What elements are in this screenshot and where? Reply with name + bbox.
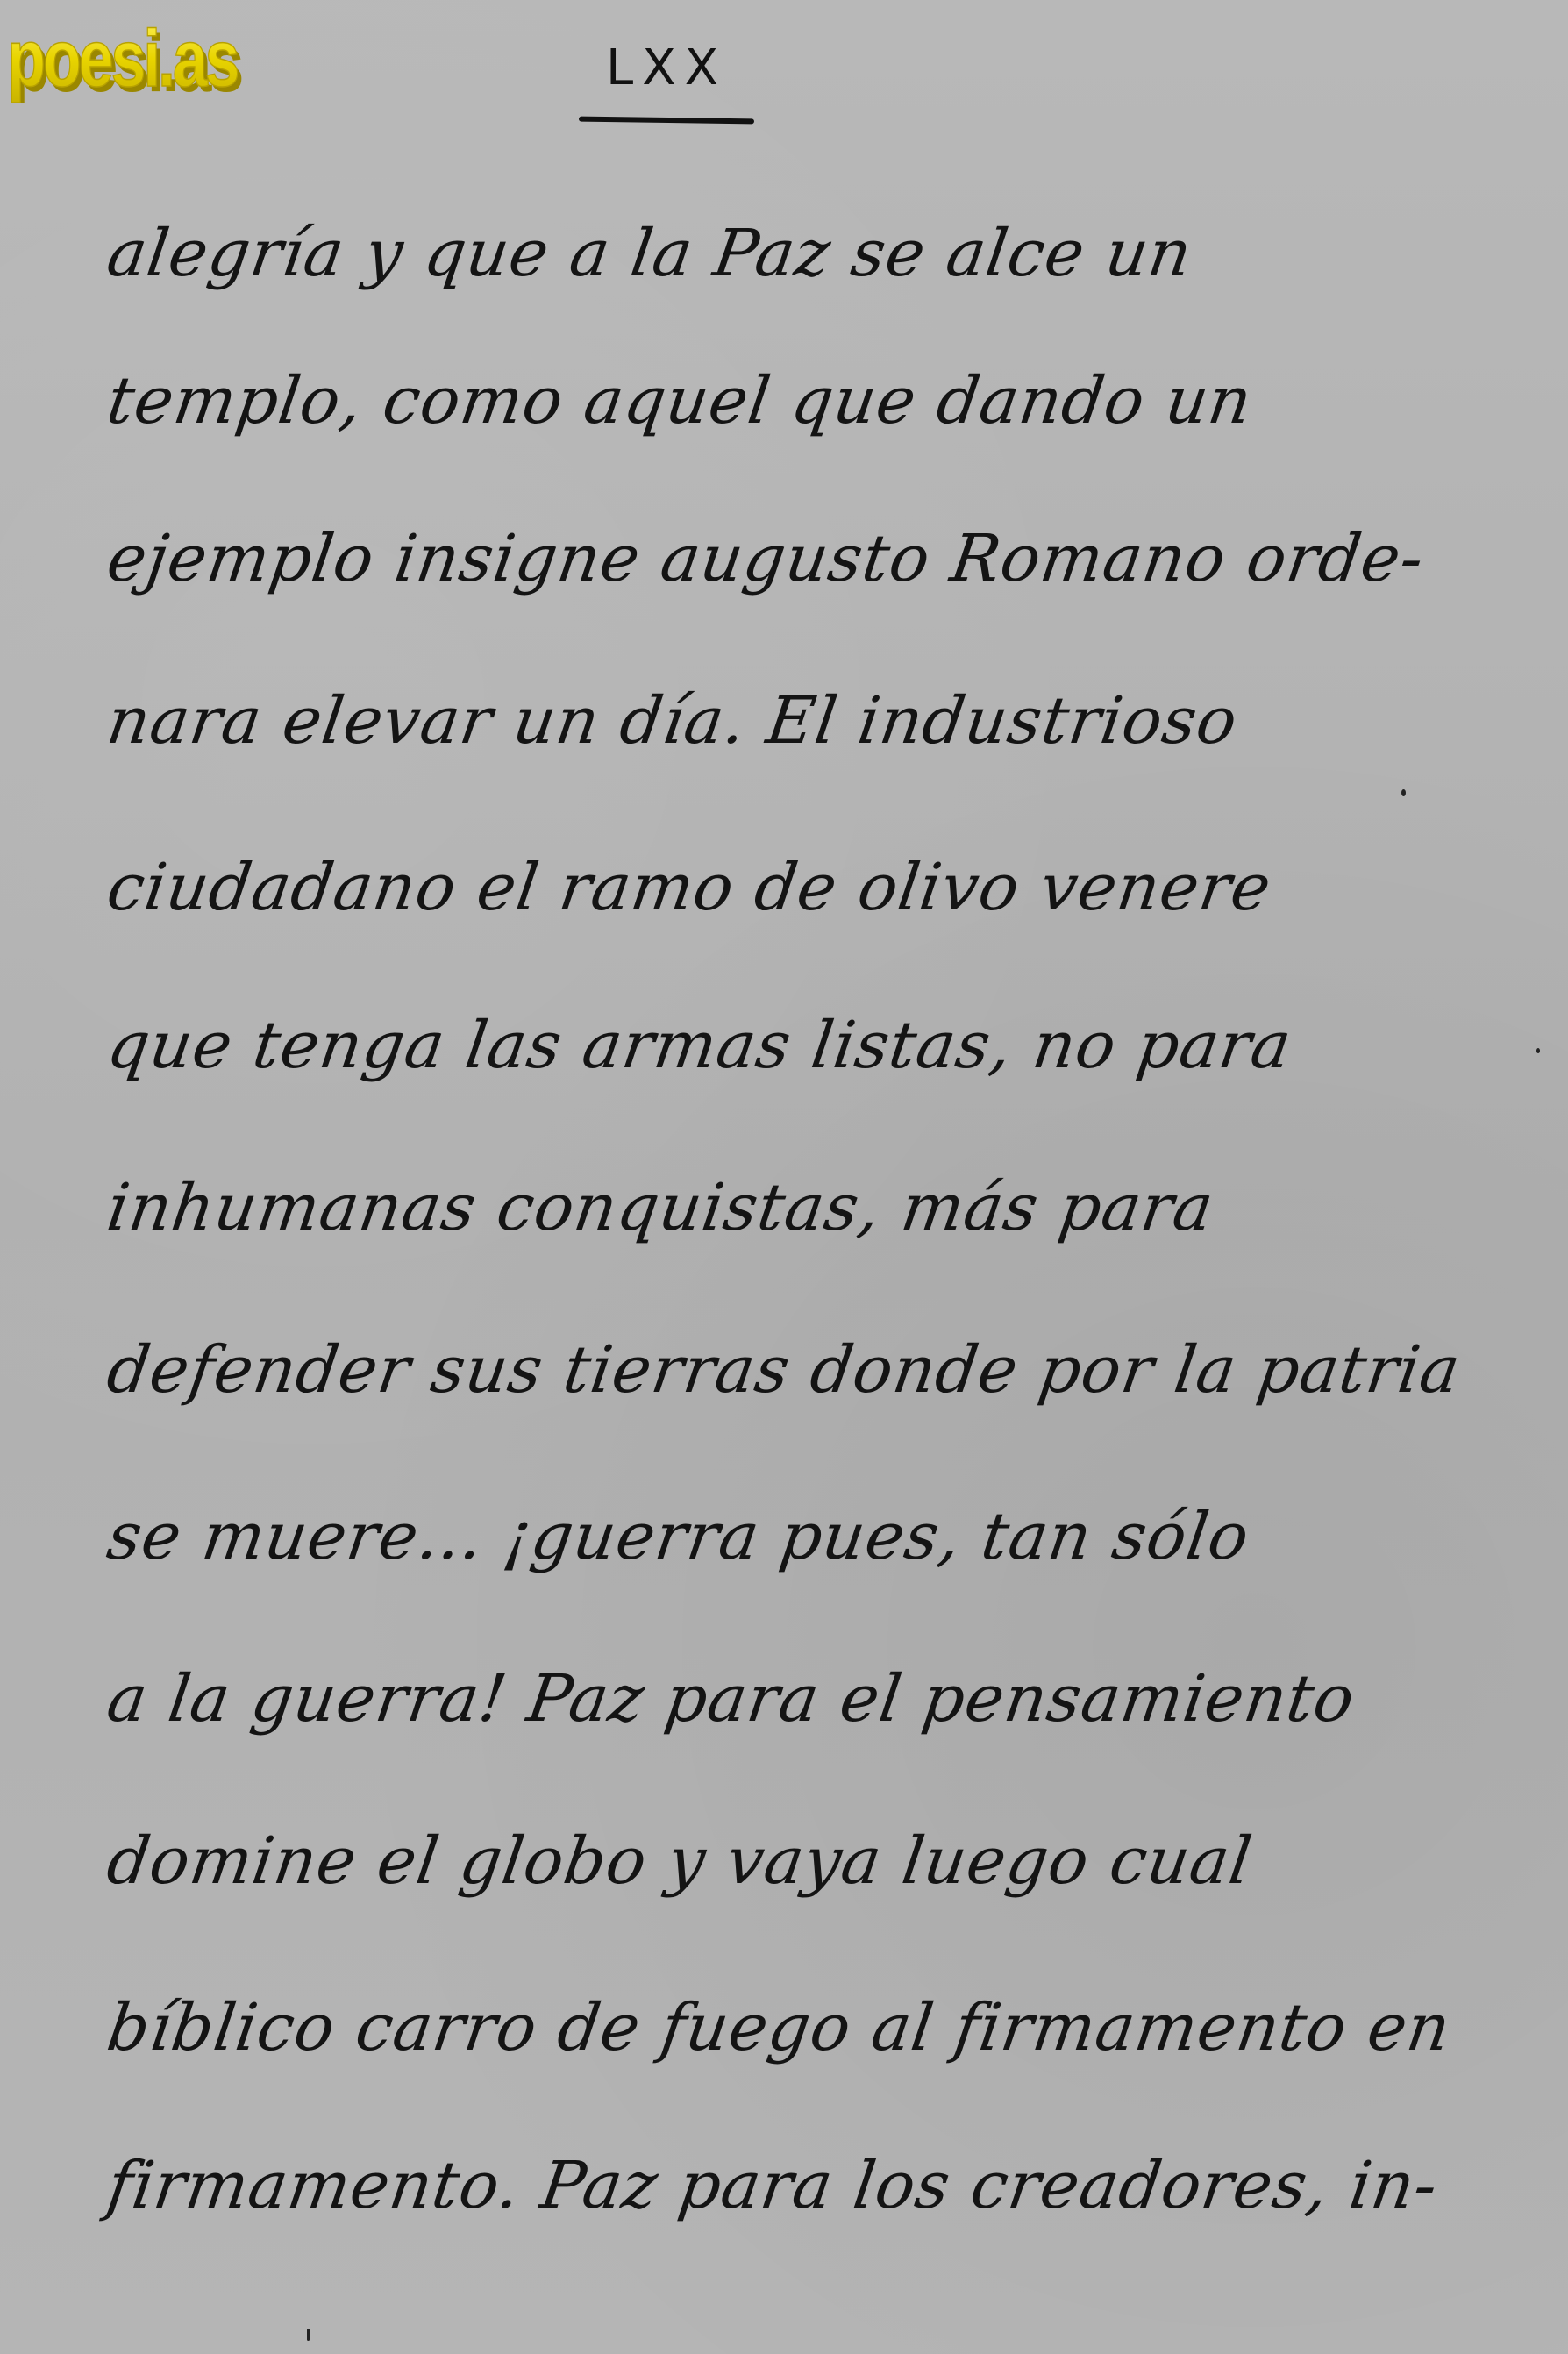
text-line: firmamento. Paz para los creadores, in- [103,2153,1442,2218]
text-line: alegría y que a la Paz se alce un [103,221,1196,286]
svg-text:poesi.as: poesi.as [7,13,238,103]
text-line: a la guerra! Paz para el pensamiento [103,1666,1358,1731]
paper-mark [1401,789,1406,796]
text-line: que tenga las armas listas, no para [103,1013,1295,1078]
paper-mark [307,2329,310,2341]
text-line: bíblico carro de fuego al firmamento en [103,1995,1455,2060]
heading-underline [579,117,754,125]
text-line: domine el globo y vaya luego cual [103,1829,1256,1894]
text-line: se muere... ¡guerra pues, tan sólo [103,1504,1253,1569]
paper-mark [1536,1048,1540,1053]
poesias-logo: poesi.as poesi.as [2,7,291,103]
chapter-heading: LXX [574,44,759,123]
roman-numeral: LXX [574,44,759,93]
text-line: nara elevar un día. El industrioso [103,688,1242,753]
text-line: templo, como aquel que dando un [103,368,1256,433]
logo-graphic: poesi.as poesi.as [2,7,291,103]
text-line: inhumanas conquistas, más para [103,1175,1218,1240]
text-line: ciudadano el ramo de olivo venere [103,855,1275,920]
text-line: defender sus tierras donde por la patria [103,1337,1465,1402]
text-line: ejemplo insigne augusto Romano orde- [103,526,1429,591]
manuscript-page: poesi.as poesi.as LXX alegría y que a la… [0,0,1568,2354]
